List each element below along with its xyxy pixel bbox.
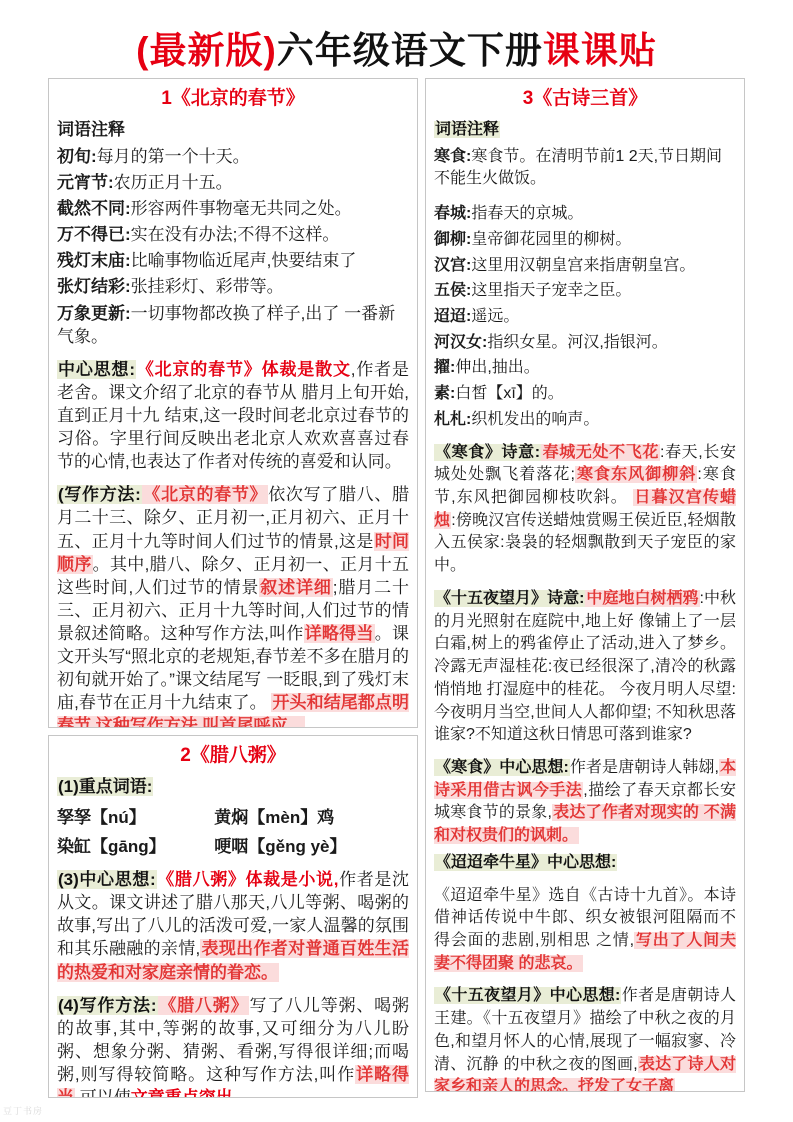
- section-three-ancient-poems: 3《古诗三首》词语注释寒食:寒食节。在清明节前1 2天,节日期间不能生火做饭。春…: [425, 78, 745, 1092]
- text-run: 遥远。: [471, 308, 519, 325]
- text-run: 河汉女:: [434, 334, 487, 351]
- text-run: 元宵节:: [57, 173, 114, 192]
- three-ancient-poems-block-7: 河汉女:指织女星。河汉,指银河。: [434, 332, 736, 355]
- text-run: 农历正月十五。: [114, 173, 233, 192]
- text-run: 指织女星。河汉,指银河。: [487, 334, 667, 351]
- text-run: 这里指天子宠幸之臣。: [471, 282, 631, 299]
- three-ancient-poems-block-2: 春城:指春天的京城。: [434, 203, 736, 226]
- beijing-spring-festival-block-1: 初旬:每月的第一个十天。: [57, 145, 409, 168]
- key-words-heading: (1)重点词语:: [57, 775, 409, 798]
- text-run: 张挂彩灯、彩带等。: [131, 277, 284, 296]
- text-run: 札札:: [434, 411, 471, 428]
- section-laba-congee: 2《腊八粥》(1)重点词语:孥孥【nú】黄焖【mèn】鸡染缸【gāng】哽咽【g…: [48, 735, 418, 1098]
- text-run: 词语注释: [434, 121, 500, 138]
- three-ancient-poems-block-3: 御柳:皇帝御花园里的柳树。: [434, 229, 736, 252]
- text-run: 素:: [434, 385, 455, 402]
- section-beijing-spring-festival: 1《北京的春节》词语注释初旬:每月的第一个十天。元宵节:农历正月十五。截然不同:…: [48, 78, 418, 728]
- text-run: 春城无处不飞花: [541, 444, 660, 461]
- page-title: (最新版)六年级语文下册课课贴: [0, 20, 793, 74]
- wangyue-central-idea: 《十五夜望月》中心思想:作者是唐朝诗人王建。《十五夜望月》描绘了中秋之夜的月色,…: [434, 985, 736, 1092]
- writing-method-paragraph: (4)写作方法:《腊八粥》写了八儿等粥、喝粥的故事,其中,等粥的故事,又可细分为…: [57, 994, 409, 1098]
- three-ancient-poems-block-5: 五侯:这里指天子宠幸之臣。: [434, 280, 736, 303]
- text-run: 寒食东风御柳斜: [575, 466, 697, 483]
- text-run: 指春天的京城。: [471, 205, 583, 222]
- text-run: 《腊八粥》: [158, 996, 250, 1015]
- beijing-spring-festival-block-6: 张灯结彩:张挂彩灯、彩带等。: [57, 275, 409, 298]
- text-run: (3)中心思想:: [57, 870, 157, 889]
- word-entry: 哽咽【gěng yè】: [214, 835, 409, 858]
- beijing-spring-festival-block-3: 截然不同:形容两件事物毫无共同之处。: [57, 197, 409, 220]
- text-run: 作者是唐朝诗人韩翃,: [570, 759, 719, 776]
- text-run: 形容两件事物毫无共同之处。: [131, 199, 352, 218]
- text-run: 《迢迢牵牛星》中心思想:: [434, 854, 617, 871]
- central-idea-paragraph: 中心思想:《北京的春节》体裁是散文,作者是老舍。课文介绍了北京的春节从 腊月上旬…: [57, 358, 409, 474]
- text-run: 春城:: [434, 205, 471, 222]
- text-run: 《十五夜望月》中心思想:: [434, 987, 621, 1004]
- text-run: 每月的第一个十天。: [97, 147, 250, 166]
- text-run: 详略得当: [304, 624, 375, 643]
- text-run: 《寒食》诗意:: [434, 444, 541, 461]
- text-run: 白皙【xī】的。: [455, 385, 563, 402]
- three-ancient-poems-block-8: 擢:伸出,抽出。: [434, 357, 736, 380]
- text-run: 实在没有办法;不得不这样。: [131, 225, 340, 244]
- three-ancient-poems-block-9: 素:白皙【xī】的。: [434, 383, 736, 406]
- page-title-suffix: 课课贴: [543, 30, 657, 71]
- text-run: 五侯:: [434, 282, 471, 299]
- word-entry: 黄焖【mèn】鸡: [214, 806, 409, 829]
- section-title-beijing-spring-festival: 1《北京的春节》: [57, 86, 409, 112]
- text-run: 残灯末庙:: [57, 251, 131, 270]
- text-run: 擢:: [434, 359, 455, 376]
- text-run: 叙述详细: [259, 578, 333, 597]
- text-run: 文章重点突出: [131, 1088, 233, 1098]
- hanshi-poem-meaning: 《寒食》诗意:春城无处不飞花:春天,长安城处处飘飞着落花;寒食东风御柳斜:寒食节…: [434, 442, 736, 578]
- word-notes-heading: 词语注释: [434, 119, 736, 142]
- column-right: 3《古诗三首》词语注释寒食:寒食节。在清明节前1 2天,节日期间不能生火做饭。春…: [425, 78, 745, 1092]
- tiaotiao-central-idea: 《迢迢牵牛星》选自《古诗十九首》。本诗借神话传说中牛郎、织女被银河阻隔而不得会面…: [434, 885, 736, 976]
- word-notes-heading: 词语注释: [57, 118, 409, 141]
- text-run: 中心思想:: [57, 360, 136, 379]
- tiaotiao-central-idea-heading: 《迢迢牵牛星》中心思想:: [434, 852, 736, 875]
- beijing-spring-festival-block-7: 万象更新:一切事物都改换了样子,出了 一番新气象。: [57, 302, 409, 348]
- text-run: (写作方法:: [57, 485, 142, 504]
- three-ancient-poems-block-1: 寒食:寒食节。在清明节前1 2天,节日期间不能生火做饭。: [434, 146, 736, 191]
- three-ancient-poems-block-4: 汉宫:这里用汉朝皇宫来指唐朝皇宫。: [434, 255, 736, 278]
- pinyin-word-list: 孥孥【nú】黄焖【mèn】鸡染缸【gāng】哽咽【gěng yè】: [57, 806, 409, 858]
- text-run: (4)写作方法:: [57, 996, 158, 1015]
- text-run: 织机发出的响声。: [471, 411, 599, 428]
- text-run: 皇帝御花园里的柳树。: [471, 231, 631, 248]
- text-run: 《北京的春节》: [142, 485, 268, 504]
- text-run: 《寒食》中心思想:: [434, 759, 570, 776]
- central-idea-paragraph: (3)中心思想:《腊八粥》体裁是小说,作者是沈从文。课文讲述了腊八那天,八儿等粥…: [57, 868, 409, 984]
- text-run: 迢迢:: [434, 308, 471, 325]
- beijing-spring-festival-block-4: 万不得已:实在没有办法;不得不这样。: [57, 223, 409, 246]
- section-title-laba-congee: 2《腊八粥》: [57, 743, 409, 769]
- text-run: 张灯结彩:: [57, 277, 131, 296]
- text-run: 《北京的春节》体裁是散文: [136, 360, 351, 379]
- writing-method-paragraph: (写作方法:《北京的春节》依次写了腊八、腊月二十三、除夕、正月初一,正月初六、正…: [57, 483, 409, 728]
- text-run: 伸出,抽出。: [455, 359, 539, 376]
- hanshi-central-idea: 《寒食》中心思想:作者是唐朝诗人韩翃,本诗采用借古讽今手法,描绘了春天京都长安城…: [434, 757, 736, 848]
- text-run: 寒食:: [434, 148, 471, 165]
- text-run: 中庭地白树栖鸦: [585, 590, 699, 607]
- text-run: 寒食节。在清明节前1 2天,节日期间不能生火做饭。: [434, 148, 722, 188]
- three-ancient-poems-block-10: 札札:织机发出的响声。: [434, 409, 736, 432]
- text-run: 。: [233, 1088, 250, 1098]
- document-page: (最新版)六年级语文下册课课贴 1《北京的春节》词语注释初旬:每月的第一个十天。…: [0, 0, 793, 1122]
- text-run: 这里用汉朝皇宫来指唐朝皇宫。: [471, 257, 695, 274]
- beijing-spring-festival-block-2: 元宵节:农历正月十五。: [57, 171, 409, 194]
- text-run: 比喻事物临近尾声,快要结束了: [131, 251, 357, 270]
- text-run: :傍晚汉宫传送蜡烛赏赐王侯近臣,轻烟散入五侯家:袅袅的轻烟飘散到天子宠臣的家中。: [434, 512, 736, 574]
- text-run: 词语注释: [57, 120, 125, 139]
- text-run: 汉宫:: [434, 257, 471, 274]
- page-title-edition: (最新版): [136, 30, 277, 71]
- column-left: 1《北京的春节》词语注释初旬:每月的第一个十天。元宵节:农历正月十五。截然不同:…: [48, 78, 418, 1098]
- beijing-spring-festival-block-5: 残灯末庙:比喻事物临近尾声,快要结束了: [57, 249, 409, 272]
- text-run: 御柳:: [434, 231, 471, 248]
- text-run: ,可以使: [75, 1088, 131, 1098]
- page-title-grade: 六年级语文下册: [277, 30, 543, 71]
- text-run: 《腊八粥》体裁是小说,: [157, 870, 339, 889]
- watermark: 豆丁书房: [3, 1104, 43, 1117]
- section-title-three-ancient-poems: 3《古诗三首》: [434, 86, 736, 113]
- text-run: 万象更新:: [57, 304, 131, 323]
- text-run: 初旬:: [57, 147, 97, 166]
- text-run: 万不得已:: [57, 225, 131, 244]
- text-run: 《十五夜望月》诗意:: [434, 590, 585, 607]
- content-columns: 1《北京的春节》词语注释初旬:每月的第一个十天。元宵节:农历正月十五。截然不同:…: [48, 78, 745, 1098]
- word-entry: 染缸【gāng】: [57, 835, 214, 858]
- word-entry: 孥孥【nú】: [57, 806, 214, 829]
- wangyue-poem-meaning: 《十五夜望月》诗意:中庭地白树栖鸦:中秋的月光照射在庭院中,地上好 像铺上了一层…: [434, 588, 736, 747]
- text-run: (1)重点词语:: [57, 777, 153, 796]
- text-run: :中秋的月光照射在庭院中,地上好 像铺上了一层白霜,树上的鸦雀停止了活动,进入了…: [434, 590, 736, 743]
- text-run: 截然不同:: [57, 199, 131, 218]
- three-ancient-poems-block-6: 迢迢:遥远。: [434, 306, 736, 329]
